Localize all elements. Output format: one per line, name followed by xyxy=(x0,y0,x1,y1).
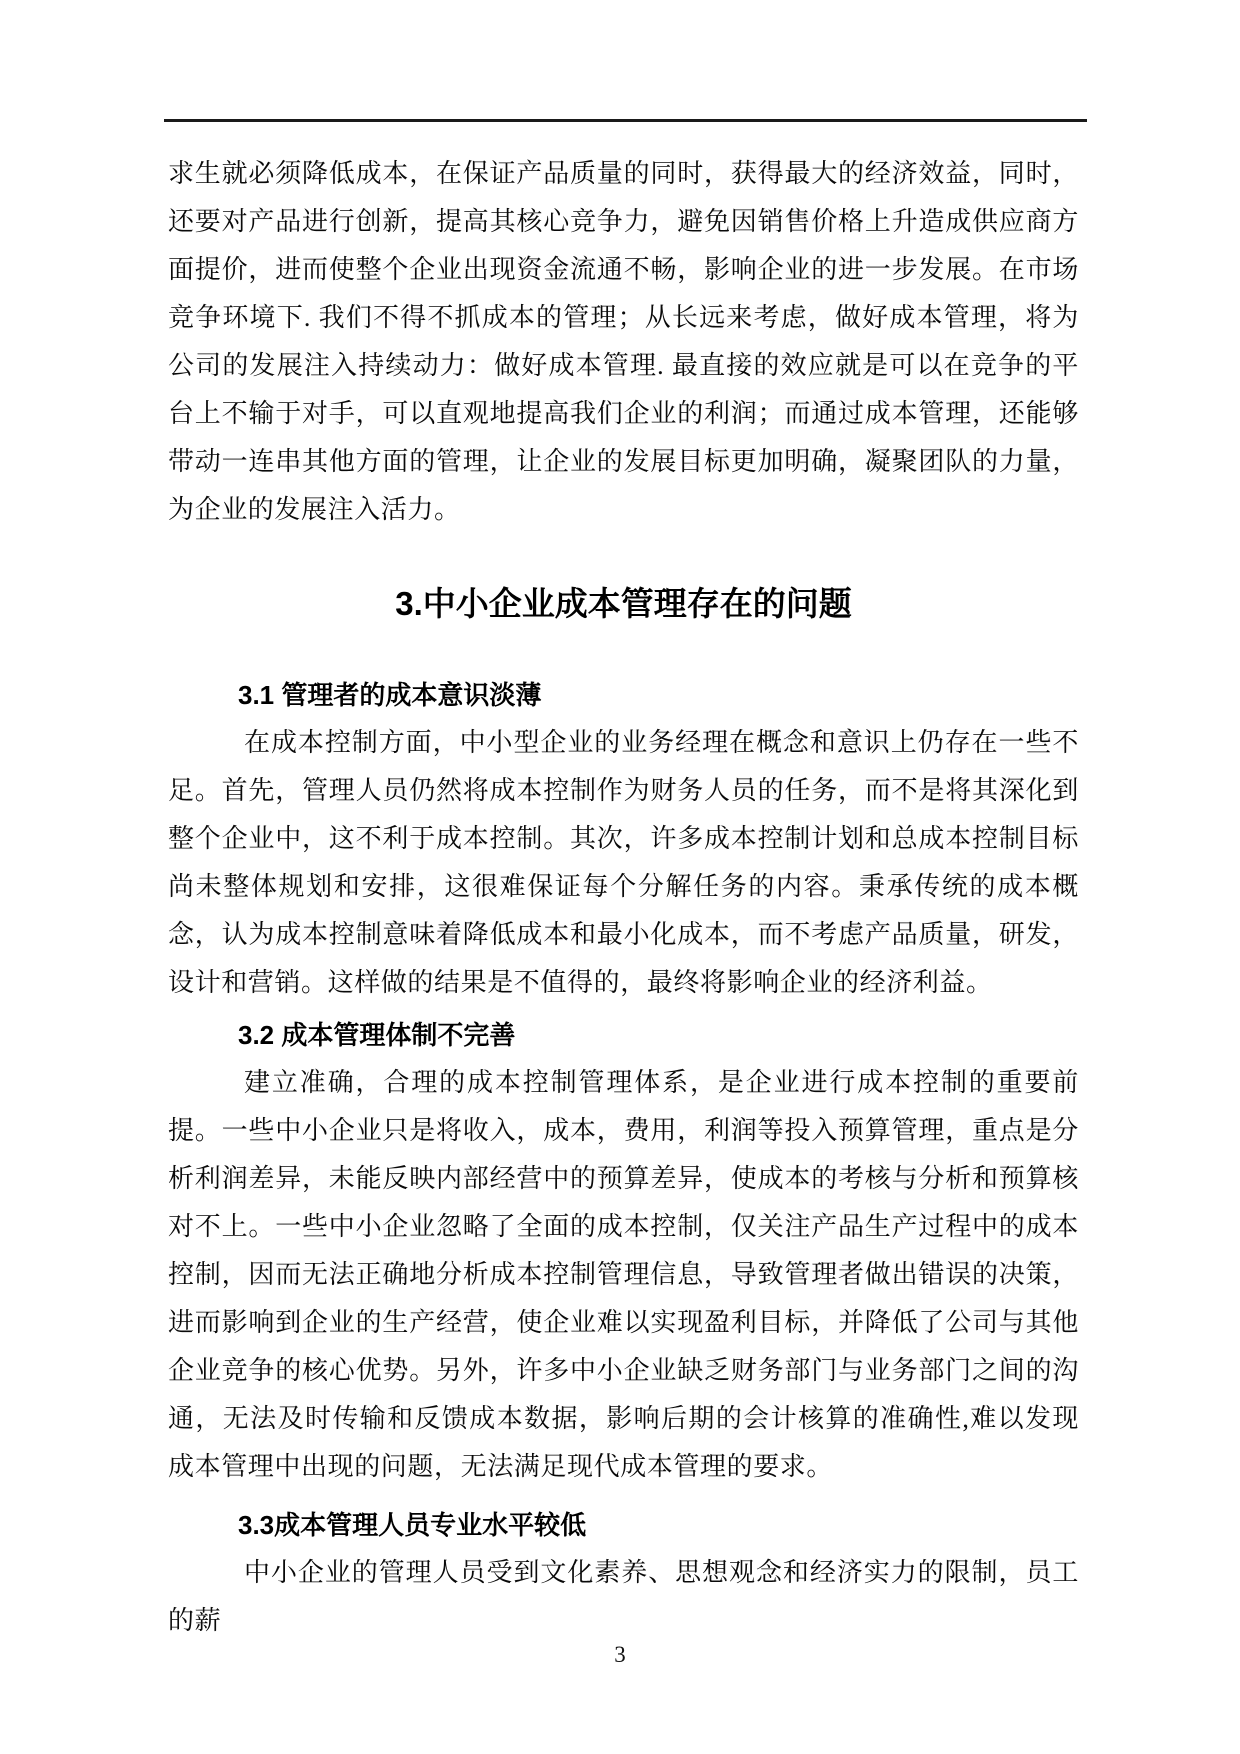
header-rule xyxy=(164,119,1087,122)
subsection-body-3-1: 在成本控制方面，中小型企业的业务经理在概念和意识上仍存在一些不足。首先，管理人员… xyxy=(168,719,1079,1007)
subsection-body-3-3: 中小企业的管理人员受到文化素养、思想观念和经济实力的限制，员工的薪 xyxy=(168,1549,1079,1645)
subsection-heading-3-2: 3.2 成本管理体制不完善 xyxy=(168,1011,1079,1059)
subsection-body-3-2: 建立准确，合理的成本控制管理体系，是企业进行成本控制的重要前提。一些中小企业只是… xyxy=(168,1059,1079,1491)
page-number: 3 xyxy=(0,1642,1240,1668)
page-content: 求生就必须降低成本，在保证产品质量的同时，获得最大的经济效益，同时，还要对产品进… xyxy=(168,150,1079,1645)
chapter-heading: 3.中小企业成本管理存在的问题 xyxy=(168,580,1079,628)
document-page: 求生就必须降低成本，在保证产品质量的同时，获得最大的经济效益，同时，还要对产品进… xyxy=(0,0,1240,1754)
intro-paragraph: 求生就必须降低成本，在保证产品质量的同时，获得最大的经济效益，同时，还要对产品进… xyxy=(168,150,1079,534)
subsection-heading-3-1: 3.1 管理者的成本意识淡薄 xyxy=(168,671,1079,719)
subsection-heading-3-3: 3.3成本管理人员专业水平较低 xyxy=(168,1501,1079,1549)
